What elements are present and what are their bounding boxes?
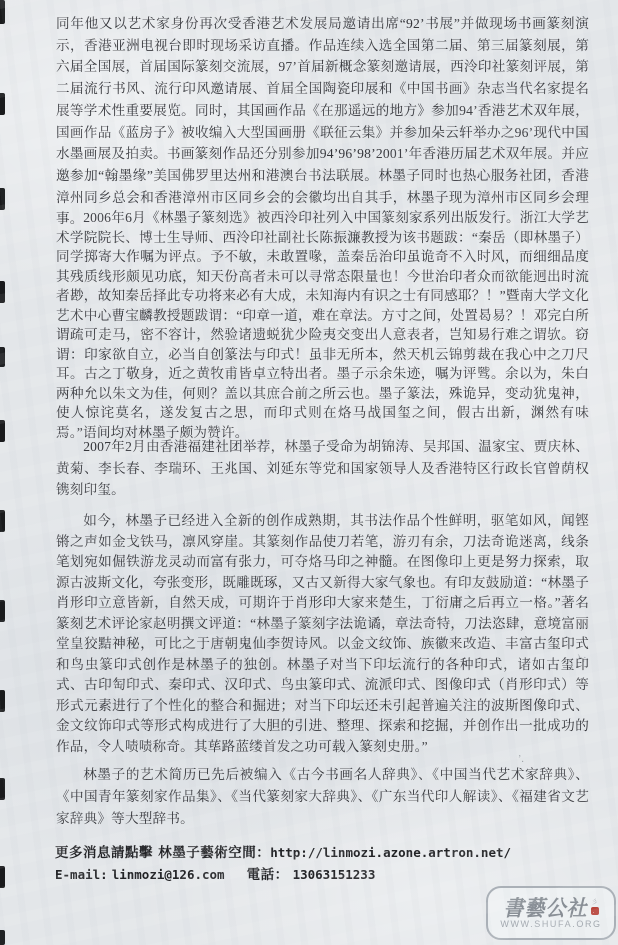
scan-artifact bbox=[0, 930, 5, 945]
email-phone-line: E-mail: linmozi@126.com 電話： 13063151233 bbox=[55, 863, 575, 885]
paragraph-mature-period: 如今，林墨子已经进入全新的创作成熟期，其书法作品个性鲜明，驱笔如风，闻铿锵之声如… bbox=[56, 511, 589, 757]
artspace-url-link[interactable]: http://linmozi.azone.artron.net/ bbox=[270, 845, 511, 860]
scan-artifact bbox=[0, 600, 5, 622]
watermark-seal-column: 彡 bbox=[591, 900, 599, 915]
contact-block: 更多消息請點擊 林墨子藝術空間：http://linmozi.azone.art… bbox=[55, 841, 575, 885]
scan-artifact bbox=[0, 690, 5, 712]
paragraph-exhibitions: 同年他又以艺术家身份再次受香港艺术发展局邀请出席“92’书展”并做现场书画篆刻演… bbox=[56, 13, 589, 230]
paragraph-dictionaries: 林墨子的艺术简历已先后被编入《古今书画名人辞典》、《中国当代艺术家辞典》、《中国… bbox=[56, 764, 589, 829]
artspace-line: 更多消息請點擊 林墨子藝術空間：http://linmozi.azone.art… bbox=[55, 841, 575, 863]
scan-artifact bbox=[0, 347, 5, 367]
shufa-watermark: 書藝公社 彡 WWW.SHUFA.ORG bbox=[486, 886, 616, 940]
watermark-brand-calligraphy: 書藝公社 bbox=[504, 897, 588, 919]
scan-artifact bbox=[0, 778, 5, 800]
red-seal-icon bbox=[591, 907, 599, 915]
seal-script-mark: 彡 bbox=[591, 900, 597, 906]
paragraph-2006-seal-book: 2006年6月《林墨子篆刻选》被西泠印社列入中国篆刻家系列出版发行。浙江大学艺术… bbox=[56, 208, 589, 442]
phone-label: 電話： bbox=[247, 867, 289, 883]
scan-artifact bbox=[0, 866, 5, 888]
scan-artifact bbox=[0, 188, 5, 210]
artspace-label: 更多消息請點擊 林墨子藝術空間： bbox=[55, 845, 270, 861]
scan-artifact bbox=[0, 420, 5, 442]
scanned-document-page: ヽ: ’. 同年他又以艺术家身份再次受香港艺术发展局邀请出席“92’书展”并做现… bbox=[0, 0, 618, 945]
phone-number: 13063151233 bbox=[293, 867, 376, 882]
email-label: E-mail: bbox=[55, 867, 108, 882]
scan-artifact bbox=[0, 93, 5, 115]
paragraph-2007-seals-for-leaders: 2007年2月由香港福建社团举荐，林墨子受命为胡锦涛、吴邦国、温家宝、贾庆林、黄… bbox=[56, 436, 589, 501]
scan-artifact bbox=[0, 510, 5, 532]
scan-artifact bbox=[0, 0, 5, 24]
watermark-brand-row: 書藝公社 彡 bbox=[504, 898, 599, 918]
email-link[interactable]: linmozi@126.com bbox=[112, 867, 225, 882]
scan-artifact bbox=[0, 281, 5, 303]
